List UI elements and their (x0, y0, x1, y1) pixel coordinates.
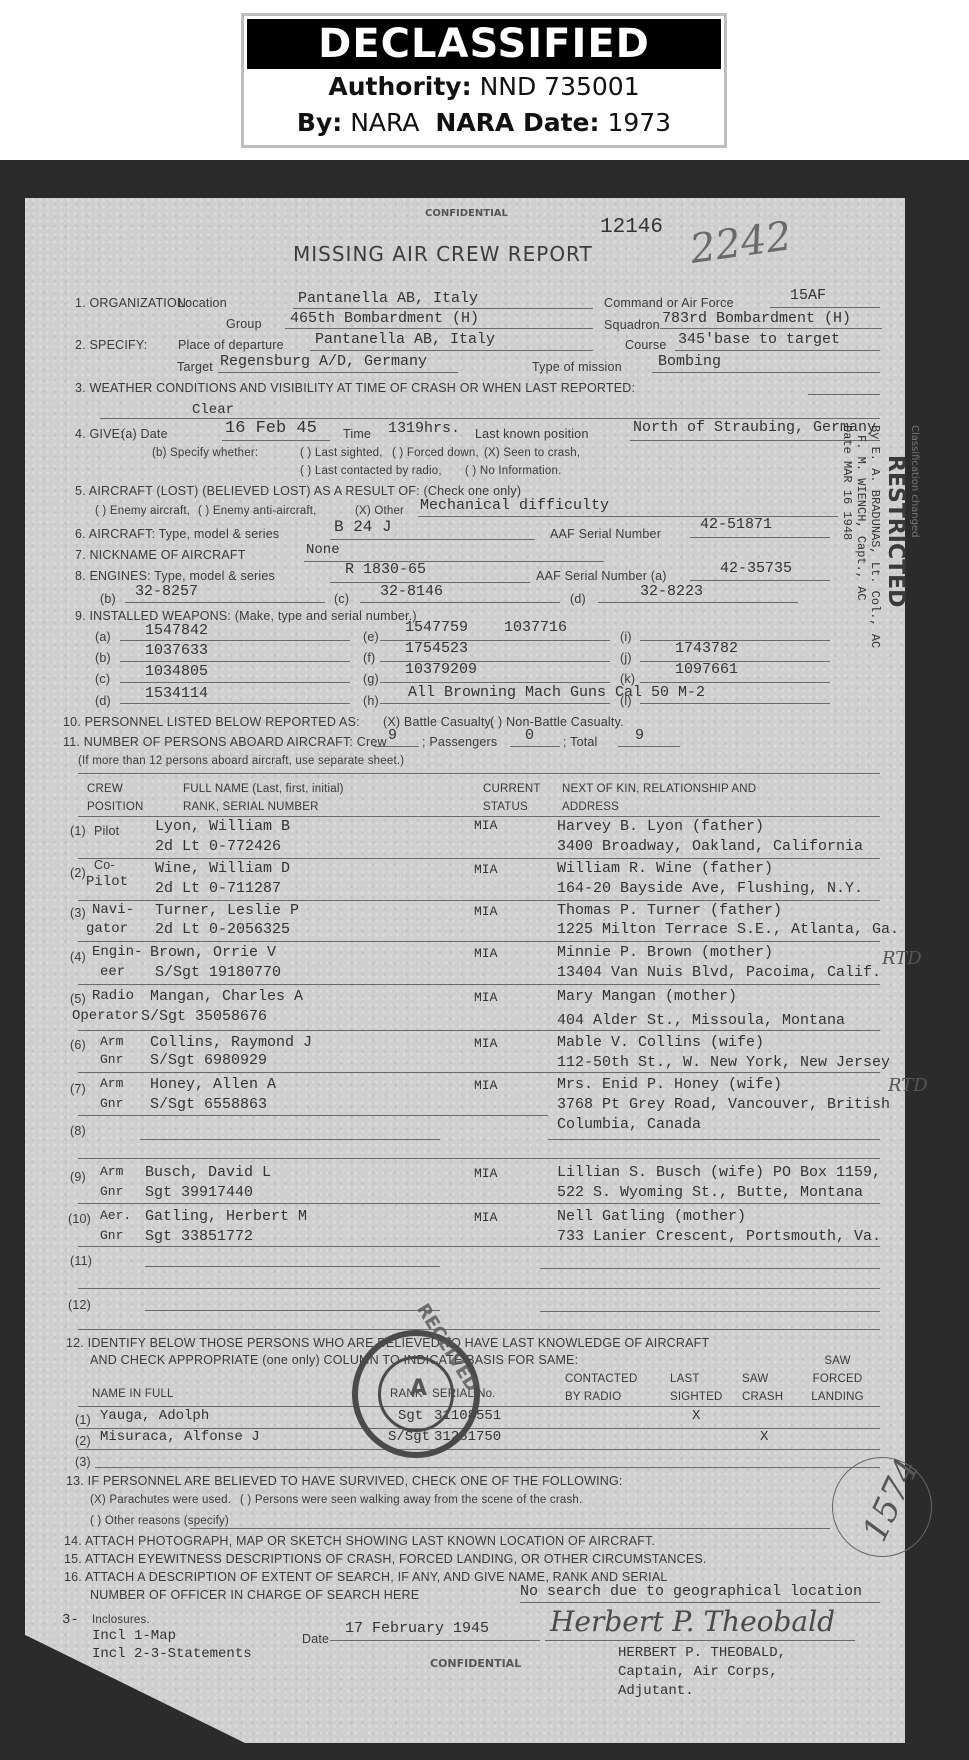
next-of-kin: Mable V. Collins (wife) (557, 1034, 764, 1051)
next-of-kin: Mary Mangan (mother) (557, 988, 737, 1005)
aircraft-type-field: B 24 J (334, 518, 392, 536)
total-label: ; Total (563, 735, 598, 749)
weapon-c-value: 1034805 (145, 663, 208, 680)
total-count: 9 (635, 727, 644, 744)
next-of-kin-address: 733 Lanier Crescent, Portsmouth, Va. (557, 1228, 881, 1245)
crew-status: MIA (474, 1210, 497, 1225)
footer-date-label: Date (302, 1632, 329, 1646)
engine-d-label: (d) (570, 592, 586, 606)
col-name-in-full: NAME IN FULL (92, 1388, 174, 1400)
crew-name: Turner, Leslie P (155, 902, 299, 919)
weapon-b-value: 1037633 (145, 642, 208, 659)
passengers-count: 0 (525, 727, 534, 744)
signer-title: Adjutant. (618, 1683, 694, 1699)
option-seen-to-crash: (X) Seen to crash, (484, 447, 580, 459)
header-full-name: FULL NAME (Last, first, initial) RANK, S… (183, 780, 383, 816)
date-label: (a) Date (121, 427, 168, 441)
enclosure-1: Incl 1-Map (92, 1628, 176, 1644)
weapon-h-key: (h) (363, 694, 379, 708)
battle-casualty-option: (X) Battle Casualty, (383, 715, 494, 729)
crew-position: Radio (92, 988, 134, 1004)
location-field: Pantanella AB, Italy (298, 290, 478, 307)
crew-rank-serial: S/Sgt 6558863 (150, 1096, 267, 1113)
crew-position: Co- (94, 858, 115, 872)
option-last-contacted-radio: ( ) Last contacted by radio, (300, 465, 442, 477)
row-number: (11) (70, 1254, 92, 1268)
enclosure-2: Incl 2-3-Statements (92, 1646, 252, 1662)
squadron-field: 783rd Bombardment (H) (662, 310, 851, 327)
command-label: Command or Air Force (604, 296, 734, 310)
crew-name: Busch, David L (145, 1164, 271, 1181)
weapon-d-key: (d) (95, 694, 111, 708)
header-status: CURRENT STATUS (483, 780, 543, 816)
specify-label: (b) Specify whether: (152, 447, 258, 459)
row-number: (7) (70, 1082, 86, 1096)
crew-position-2: Gnr (100, 1096, 123, 1111)
section12-label-2: AND CHECK APPROPRIATE (one only) COLUMN … (90, 1353, 578, 1367)
option-walking-away: ( ) Persons were seen walking away from … (240, 1494, 582, 1506)
crew-rank-serial: Sgt 33851772 (145, 1228, 253, 1245)
crew-position: Navi- (92, 902, 134, 918)
crew-position-2: Pilot (86, 874, 128, 890)
row-number: (9) (70, 1170, 86, 1184)
option-other: (X) Other (355, 505, 404, 517)
section10-label: 10. PERSONNEL LISTED BELOW REPORTED AS: (63, 715, 360, 729)
section16-label: 16. ATTACH A DESCRIPTION OF EXTENT OF SE… (64, 1570, 668, 1584)
option-enemy-aircraft: ( ) Enemy aircraft, (95, 505, 190, 517)
option-last-sighted: ( ) Last sighted, (300, 447, 383, 459)
crew-position: Aer. (100, 1208, 131, 1223)
restricted-text: RESTRICTED (883, 455, 908, 607)
course-label: Course (625, 338, 667, 352)
crew-rank-serial: S/Sgt 35058676 (141, 1008, 267, 1025)
crew-status: MIA (474, 904, 497, 919)
search-description: No search due to geographical location (520, 1583, 862, 1600)
crew-position-2: Gnr (100, 1052, 123, 1067)
squadron-label: Squadron (604, 318, 660, 332)
next-of-kin-address: 13404 Van Nuis Blvd, Pacoima, Calif. (557, 964, 881, 981)
by-label: By: (297, 108, 342, 137)
weapon-c-key: (c) (95, 672, 110, 686)
circled-number-mark: 1574 (832, 1457, 932, 1557)
classification-changed-text: Classification changed (909, 425, 920, 538)
crew-rank-serial: S/Sgt 19180770 (155, 964, 281, 981)
page-title: MISSING AIR CREW REPORT (293, 242, 593, 266)
location-label: Location (178, 296, 227, 310)
rtd-annotation: RTD (882, 948, 922, 969)
col-saw-crash: SAW CRASH (742, 1370, 782, 1406)
next-of-kin-address: 1225 Milton Terrace S.E., Atlanta, Ga. (557, 921, 899, 938)
next-of-kin: Minnie P. Brown (mother) (557, 944, 773, 961)
crew-name: Lyon, William B (155, 818, 290, 835)
crew-name: Wine, William D (155, 860, 290, 877)
engine-type-field: R 1830-65 (345, 561, 426, 578)
weapon-l-key: (l) (620, 694, 632, 708)
witness-name: Yauga, Adolph (100, 1408, 209, 1424)
header-next-of-kin: NEXT OF KIN, RELATIONSHIP AND ADDRESS (562, 780, 762, 816)
col-saw-forced-landing: SAW FORCED LANDING (800, 1352, 875, 1406)
next-of-kin-address: 404 Alder St., Missoula, Montana (557, 1012, 845, 1029)
row-number: (2) (75, 1434, 91, 1448)
authority-value: NND 735001 (480, 72, 640, 101)
section4-label: 4. GIVE: (75, 427, 124, 441)
crew-name: Brown, Orrie V (150, 944, 276, 961)
weapon-i-key: (i) (620, 630, 632, 644)
crew-position-2: eer (100, 964, 125, 980)
cause-field: Mechanical difficulty (420, 497, 609, 514)
weapon-f-key: (f) (363, 651, 375, 665)
weapon-e-key: (e) (363, 630, 379, 644)
weapon-k-value: 1097661 (675, 661, 738, 678)
next-of-kin: Lillian S. Busch (wife) PO Box 1159, (557, 1164, 881, 1181)
crew-name: Mangan, Charles A (150, 988, 303, 1005)
position-label: Last known position (475, 427, 589, 441)
crew-rank-serial: 2d Lt 0-711287 (155, 880, 281, 897)
row-number: (8) (70, 1124, 86, 1138)
next-of-kin: Thomas P. Turner (father) (557, 902, 782, 919)
time-field: 1319hrs. (388, 420, 460, 437)
next-of-kin: William R. Wine (father) (557, 860, 773, 877)
option-enemy-anti-aircraft: ( ) Enemy anti-aircraft, (198, 505, 317, 517)
stamp-center-letter: A (410, 1376, 427, 1401)
row-number: (5) (70, 992, 86, 1006)
enclosures-count: 3- (62, 1612, 79, 1628)
next-of-kin-address: 112-50th St., W. New York, New Jersey (557, 1054, 890, 1071)
section8-label: 8. ENGINES: Type, model & series (75, 569, 275, 583)
next-of-kin-address-2: Columbia, Canada (557, 1116, 701, 1133)
target-label: Target (177, 360, 213, 374)
crew-name: Honey, Allen A (150, 1076, 276, 1093)
section7-label: 7. NICKNAME OF AIRCRAFT (75, 548, 246, 562)
weapon-j-value: 1743782 (675, 640, 738, 657)
engine-serial-c: 32-8146 (380, 583, 443, 600)
signer-rank: Captain, Air Corps, (618, 1664, 778, 1680)
target-field: Regensburg A/D, Germany (220, 353, 427, 370)
next-of-kin: Mrs. Enid P. Honey (wife) (557, 1076, 782, 1093)
next-of-kin: Harvey B. Lyon (father) (557, 818, 764, 835)
group-field: 465th Bombardment (H) (290, 310, 479, 327)
passengers-label: ; Passengers (422, 735, 497, 749)
option-parachutes: (X) Parachutes were used. (90, 1494, 231, 1506)
crew-position: Arm (100, 1034, 123, 1049)
report-number: 12146 (600, 216, 663, 239)
option-forced-down: ( ) Forced down, (392, 447, 479, 459)
departure-label: Place of departure (178, 338, 284, 352)
weapon-a-key: (a) (95, 630, 111, 644)
restricted-authority-2: F. M. WIENCH, Capt., AC (854, 435, 868, 601)
crew-status: MIA (474, 862, 497, 877)
section14-label: 14. ATTACH PHOTOGRAPH, MAP OR SKETCH SHO… (64, 1534, 655, 1548)
weather-field: Clear (192, 402, 234, 418)
next-of-kin-address: 3400 Broadway, Oakland, California (557, 838, 863, 855)
time-label: Time (343, 427, 371, 441)
weapon-g-key: (g) (363, 672, 379, 686)
course-field: 345'base to target (678, 331, 840, 348)
weapon-b-key: (b) (95, 651, 111, 665)
crew-name: Collins, Raymond J (150, 1034, 312, 1051)
signature: Herbert P. Theobald (550, 1605, 835, 1638)
crew-rank-serial: Sgt 39917440 (145, 1184, 253, 1201)
authority-label: Authority: (328, 72, 471, 101)
witness-saw-crash-mark: X (760, 1429, 768, 1445)
crew-position-2: Gnr (100, 1184, 123, 1199)
crew-position: Engin- (92, 944, 142, 960)
crew-position-2: Gnr (100, 1228, 123, 1243)
by-value: NARA (350, 108, 419, 137)
footer-date: 17 February 1945 (345, 1620, 489, 1637)
by-line: By: NARA NARA Date: 1973 (244, 105, 724, 141)
weapon-a-value: 1547842 (145, 622, 208, 639)
crew-count: 9 (388, 727, 397, 744)
nara-date-value: 1973 (607, 108, 671, 137)
departure-field: Pantanella AB, Italy (315, 331, 495, 348)
authority-line: Authority: NND 735001 (244, 69, 724, 105)
rtd-annotation: RTD (888, 1075, 928, 1096)
engine-c-label: (c) (334, 592, 349, 606)
aircraft-serial-label: AAF Serial Number (550, 527, 661, 541)
weapon-j-key: (j) (620, 651, 632, 665)
non-battle-casualty-option: ( ) Non-Battle Casualty. (490, 715, 624, 729)
date-field: 16 Feb 45 (225, 419, 317, 438)
section3-label: 3. WEATHER CONDITIONS AND VISIBILITY AT … (75, 381, 635, 395)
engine-serial-d: 32-8223 (640, 583, 703, 600)
circled-number: 1574 (855, 1452, 928, 1547)
section13-label: 13. IF PERSONNEL ARE BELIEVED TO HAVE SU… (66, 1474, 623, 1488)
option-no-information: ( ) No Information. (465, 465, 561, 477)
weapon-k-key: (k) (620, 672, 635, 686)
crew-status: MIA (474, 1036, 497, 1051)
row-number: (4) (70, 950, 86, 964)
engine-serial-a: 42-35735 (720, 560, 792, 577)
weapon-g-value: 10379209 (405, 661, 477, 678)
col-last-sighted: LAST SIGHTED (670, 1370, 724, 1406)
declassified-heading: DECLASSIFIED (247, 19, 721, 69)
mission-field: Bombing (658, 353, 721, 370)
next-of-kin-address: 164-20 Bayside Ave, Flushing, N.Y. (557, 880, 863, 897)
section15-label: 15. ATTACH EYEWITNESS DESCRIPTIONS OF CR… (64, 1552, 707, 1566)
next-of-kin: Nell Gatling (mother) (557, 1208, 746, 1225)
option-other-reasons: ( ) Other reasons (specify) (90, 1515, 229, 1527)
crew-position: Arm (100, 1076, 123, 1091)
row-number: (10) (68, 1212, 91, 1226)
engine-serial-label: AAF Serial Number (a) (536, 569, 667, 583)
classification-top: CONFIDENTIAL (425, 208, 508, 219)
nara-date-label: NARA Date: (435, 108, 599, 137)
crew-status: MIA (474, 1078, 497, 1093)
crew-position-2: Operator (72, 1008, 139, 1024)
weapon-h-value: All Browning Mach Guns Cal 50 M-2 (408, 684, 705, 701)
witness-name: Misuraca, Alfonse J (100, 1429, 260, 1445)
row-number: (2) (70, 866, 86, 880)
section5-label: 5. AIRCRAFT (LOST) (BELIEVED LOST) AS A … (75, 484, 521, 498)
crew-rank-serial: S/Sgt 6980929 (150, 1052, 267, 1069)
crew-status: MIA (474, 1166, 497, 1181)
weapon-e-value: 1547759 1037716 (405, 619, 567, 636)
crew-rank-serial: 2d Lt 0-772426 (155, 838, 281, 855)
crew-status: MIA (474, 818, 497, 833)
section11-note: (If more than 12 persons aboard aircraft… (78, 755, 404, 767)
section11-label: 11. NUMBER OF PERSONS ABOARD AIRCRAFT: C… (63, 735, 387, 749)
restricted-stamp: Classification changed RESTRICTED By E. … (842, 425, 922, 725)
section6-label: 6. AIRCRAFT: Type, model & series (75, 527, 279, 541)
enclosures-label: Inclosures. (92, 1614, 150, 1626)
group-label: Group (226, 317, 262, 331)
restricted-authority-1: By E. A. BRADUNAS, Lt. Col., AC (868, 425, 882, 648)
crew-position-2: gator (86, 921, 128, 937)
col-contacted-radio: CONTACTED BY RADIO (565, 1370, 635, 1406)
next-of-kin-address: 3768 Pt Grey Road, Vancouver, British (557, 1096, 890, 1113)
row-number: (6) (70, 1038, 86, 1052)
engine-b-label: (b) (100, 592, 116, 606)
crew-rank-serial: 2d Lt 0-2056325 (155, 921, 290, 938)
section2-label: 2. SPECIFY: (75, 338, 147, 352)
next-of-kin-address: 522 S. Wyoming St., Butte, Montana (557, 1184, 863, 1201)
restricted-date: Date MAR 16 1948 (840, 425, 854, 540)
nickname-field: None (306, 542, 340, 558)
section1-label: 1. ORGANIZATION: (75, 296, 190, 310)
engine-serial-b: 32-8257 (135, 583, 198, 600)
row-number: (1) (75, 1413, 91, 1427)
row-number: (3) (70, 906, 86, 920)
torn-corner (905, 198, 969, 258)
crew-position: Pilot (94, 824, 119, 838)
witness-last-sighted-mark: X (692, 1408, 700, 1424)
section16-label-2: NUMBER OF OFFICER IN CHARGE OF SEARCH HE… (90, 1588, 419, 1602)
signer-name: HERBERT P. THEOBALD, (618, 1645, 786, 1661)
crew-name: Gatling, Herbert M (145, 1208, 307, 1225)
section9-label: 9. INSTALLED WEAPONS: (Make, type and se… (75, 609, 417, 623)
crew-status: MIA (474, 990, 497, 1005)
header-crew-position: CREW POSITION (87, 780, 147, 816)
classification-bottom: CONFIDENTIAL (430, 1657, 521, 1670)
row-number: (1) (70, 824, 86, 838)
row-number: (3) (75, 1455, 91, 1469)
crew-status: MIA (474, 946, 497, 961)
crew-position: Arm (100, 1164, 123, 1179)
weapon-d-value: 1534114 (145, 685, 208, 702)
row-number: (12) (68, 1298, 91, 1312)
weapon-f-value: 1754523 (405, 640, 468, 657)
mission-label: Type of mission (532, 360, 622, 374)
declassified-label: DECLASSIFIED Authority: NND 735001 By: N… (241, 13, 727, 148)
command-field: 15AF (790, 287, 826, 304)
aircraft-serial-field: 42-51871 (700, 516, 772, 533)
